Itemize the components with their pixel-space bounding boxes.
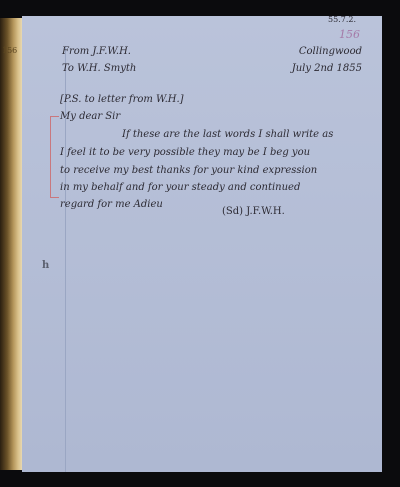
body-line: to receive my best thanks for your kind … — [60, 165, 317, 176]
body-line: If these are the last words I shall writ… — [122, 129, 333, 140]
sender-line: From J.F.W.H. — [62, 46, 131, 57]
book-spine-edge: 156 — [0, 18, 24, 470]
postscript-note: [P.S. to letter from W.H.] — [60, 94, 184, 105]
folio-number: 156 — [339, 28, 360, 41]
red-margin-bracket — [50, 116, 59, 198]
stamp-mark: h — [42, 260, 49, 271]
body-line: in my behalf and for your steady and con… — [60, 182, 300, 193]
body-line: I feel it to be very possible they may b… — [60, 147, 310, 158]
place-line: Collingwood — [299, 46, 362, 57]
spine-page-number: 156 — [2, 46, 17, 55]
margin-rule — [65, 46, 66, 472]
signature: (Sd) J.F.W.H. — [222, 206, 285, 217]
archive-reference: 55.7.2. — [328, 15, 356, 24]
date-line: July 2nd 1855 — [292, 63, 362, 74]
manuscript-page: 55.7.2. 156 From J.F.W.H. To W.H. Smyth … — [22, 16, 382, 472]
body-line: regard for me Adieu — [60, 199, 163, 210]
recipient-line: To W.H. Smyth — [62, 63, 136, 74]
greeting: My dear Sir — [60, 111, 120, 122]
